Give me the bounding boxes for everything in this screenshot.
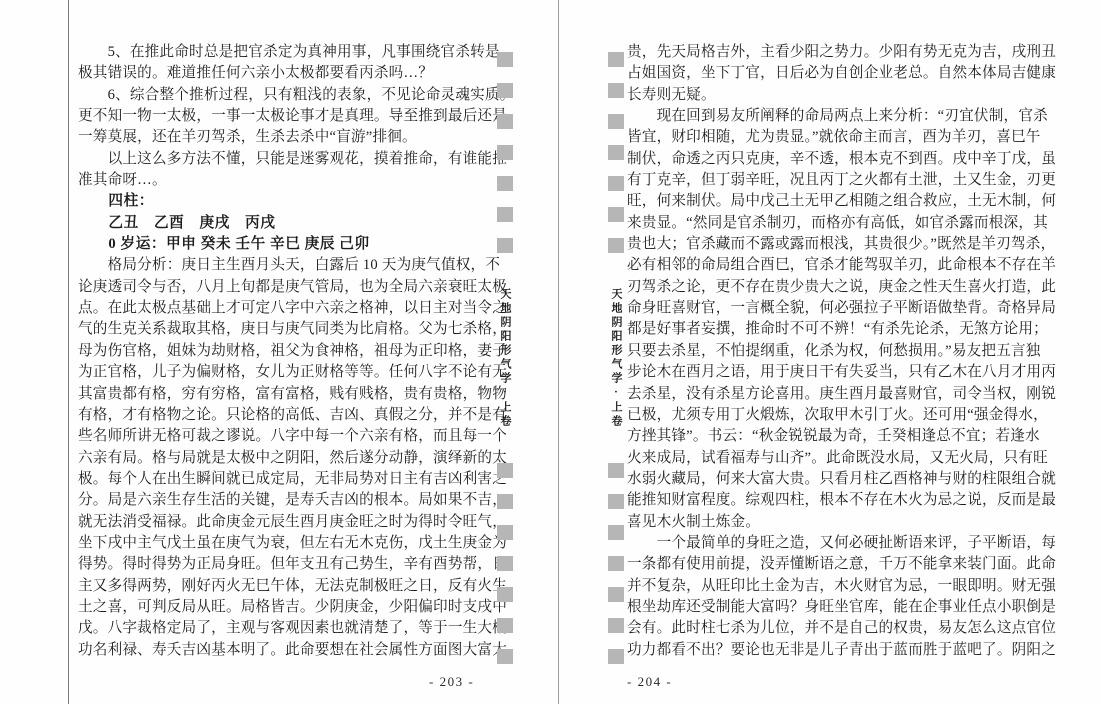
text-line: 气的生克关系裁取其格，庚日与庚气同类为比肩格。父为七杀格，: [78, 319, 524, 340]
margin-marker-square: [497, 556, 513, 571]
luck-cycle-line: 0 岁运：甲申 癸未 壬午 辛巳 庚辰 己卯: [78, 234, 524, 255]
text-line: 贵也大；官杀藏而不露或露而根浅，其贵很少。”既然是羊刃驾杀，: [627, 234, 1067, 255]
margin-marker-square: [497, 618, 513, 633]
margin-marker-square: [497, 176, 513, 191]
margin-book-title: 天地阴阳形气学·上卷: [608, 288, 624, 429]
page-203-text-block: 5、在推此命时总是把官杀定为真神用事，凡事围绕官杀转是 极其错误的。难道推任何六…: [78, 42, 524, 661]
text-line: 分。局是六亲生存生活的关键，是寿夭吉凶的根本。局如果不吉，: [78, 490, 524, 511]
text-line: 一个最简单的身旺之造，又何必硬扯断语来评，子平断语，每: [627, 533, 1067, 554]
text-line: 根坐劫库还受制能大富吗？身旺坐官库，能在企事业任点小职倒是: [627, 597, 1067, 618]
text-line: 一筹莫展，还在羊刃驾杀，生杀去杀中“盲游”排徊。: [78, 127, 524, 148]
margin-marker-square: [608, 83, 624, 98]
text-line: 长寿则无疑。: [627, 85, 1067, 106]
text-line: 功名利禄、寿夭吉凶基本明了。此命要想在社会属性方面图大富大: [78, 640, 524, 661]
text-line: 极。每个人在出生瞬间就已成定局，无非局势对日主有吉凶利害之: [78, 469, 524, 490]
text-line: 都是好事者妄撰，推命时不可不辨！“有杀先论杀，无煞方论用；: [627, 319, 1067, 340]
text-line: 能推知财富程度。综观四柱，根本不存在木火为忌之说，反而是最: [627, 490, 1067, 511]
marker-square-group: [608, 52, 624, 253]
text-line: 制伏，命透之丙只克庚，辛不透，根本克不到酉。戌中辛丁戊，虽: [627, 149, 1067, 170]
text-line: 准其命呀…。: [78, 170, 524, 191]
text-line: 方挫其锋”。书云：“秋金锐锐最为奇，壬癸相逢总不宜；若逢水: [627, 426, 1067, 447]
text-line: 5、在推此命时总是把官杀定为真神用事，凡事围绕官杀转是: [78, 42, 524, 63]
text-line: 刃驾杀之论，更不存在贵少贵大之说，庚金之性天生喜火打造，此: [627, 277, 1067, 298]
text-line: 一条都有使用前提，没弄懂断语之意，千万不能拿来装门面。此命: [627, 554, 1067, 575]
text-line: 会有。此时柱七杀为儿位，并不是自己的权贵，易友怎么这点官位: [627, 618, 1067, 639]
margin-strip-right: 天地阴阳形气学·上卷: [608, 0, 624, 704]
margin-marker-square: [608, 618, 624, 633]
page-number-204: - 204 -: [627, 674, 672, 690]
text-line: 来贵显。“然同是官杀制刃，而格亦有高低，如官杀露而根深，其: [627, 213, 1067, 234]
margin-marker-square: [497, 494, 513, 509]
text-line: 主又多得两势，刚好丙火无巳午体，无法克制极旺之日，反有火生: [78, 576, 524, 597]
margin-marker-square: [608, 145, 624, 160]
text-line: 点。在此太极点基础上才可定八字中六亲之格神，以日主对当令之: [78, 298, 524, 319]
text-line: 去杀星，没有杀星方论喜用。庚生酉月最喜财官，司令当权，刚锐: [627, 384, 1067, 405]
four-pillars-line: 乙丑 乙酉 庚戌 丙戌: [78, 213, 524, 234]
margin-marker-square: [608, 494, 624, 509]
text-line: 坐下戌中主气戊土虽在庚气为衰，但左右无木克伤，戊土生庚金为: [78, 533, 524, 554]
text-line: 更不知一物一太极，一事一太极论事才是真理。导至推到最后还是: [78, 106, 524, 127]
margin-marker-square: [608, 114, 624, 129]
margin-marker-square: [497, 649, 513, 664]
text-line: 得势。得时得势为正局身旺。但年支丑有己势生，辛有酉势帮，日: [78, 554, 524, 575]
text-line: 其富贵都有格，穷有穷格，富有富格，贱有贱格，贵有贵格，物物: [78, 384, 524, 405]
text-line: 些名师所讲无格可裁之谬说。八字中每一个六亲有格，而且每一个: [78, 426, 524, 447]
text-line: 旺，何来制伏。局中戊己土无甲乙相随之组合救应，土无木制，何: [627, 191, 1067, 212]
margin-marker-square: [608, 52, 624, 67]
page-204-text-block: 贵，先天局格吉外，主看少阳之势力。少阳有势无克为吉，戌刑丑 占姐国资，坐下丁官，…: [627, 42, 1067, 661]
text-line: 以上这么多方法不懂，只能是迷雾观花，摸着推命，有谁能推: [78, 149, 524, 170]
marker-square-group: [608, 463, 624, 664]
page-number-203: - 203 -: [429, 674, 474, 690]
margin-marker-square: [497, 238, 513, 253]
text-line: 火来成局，试看福寿与山齐”。此命既没水局，又无火局，只有旺: [627, 448, 1067, 469]
text-line: 命身旺喜财官，一言概全貌，何必强拉子平断语做垫背。奇格异局: [627, 298, 1067, 319]
margin-book-title: 天地阴阳形气学·上卷: [497, 288, 513, 429]
margin-strip-left: 天地阴阳形气学·上卷: [497, 0, 513, 704]
page-edge-line: [68, 0, 69, 704]
text-line: 已极，尤须专用丁火煅炼，次取甲木引丁火。还可用“强金得水，: [627, 405, 1067, 426]
text-line: 现在回到易友所阐释的命局两点上来分析：“刃宜伏制，官杀: [627, 106, 1067, 127]
margin-marker-square: [497, 114, 513, 129]
marker-square-group: [497, 52, 513, 253]
marker-square-group: [497, 463, 513, 664]
margin-marker-square: [497, 587, 513, 602]
text-line: 并不复杂，从旺印比土金为吉，木火财官为忌，一眼即明。财无强: [627, 576, 1067, 597]
margin-marker-square: [497, 52, 513, 67]
margin-marker-square: [497, 463, 513, 478]
margin-marker-square: [608, 649, 624, 664]
text-line: 就无法消受福禄。此命庚金元辰生酉月庚金旺之时为得时令旺气，: [78, 512, 524, 533]
margin-marker-square: [608, 176, 624, 191]
margin-marker-square: [608, 238, 624, 253]
margin-marker-square: [497, 83, 513, 98]
text-line: 有丁克辛，但丁弱辛旺，况且丙丁之火都有土泄，土又生金，刃更: [627, 170, 1067, 191]
text-line: 论庚透司令与否，八月上旬都是庚气管局，也为全局六亲衰旺太极: [78, 277, 524, 298]
margin-marker-square: [608, 556, 624, 571]
text-line: 有格，才有格物之论。只论格的高低、吉凶、真假之分，并不是有: [78, 405, 524, 426]
text-line: 必有相邻的命局组合酉巳，官杀才能驾驭羊刃，此命根本不存在羊: [627, 255, 1067, 276]
text-line: 极其错误的。难道推任何六亲小太极都要看丙杀吗…？: [78, 63, 524, 84]
text-line: 水弱火藏局，何来大富大贵。只看月柱乙酉格神与财的柱限组合就: [627, 469, 1067, 490]
text-line: 格局分析：庚日主生酉月头天，白露后 10 天为庚气值权，不: [78, 255, 524, 276]
text-line: 步论木在酉月之语，用于庚日干有失妥当，只有乙木在八月才用丙: [627, 362, 1067, 383]
text-line: 只要去杀星，不怕提纲重，化杀为权，何愁损用。”易友把五言独: [627, 341, 1067, 362]
margin-marker-square: [608, 587, 624, 602]
book-spread: 5、在推此命时总是把官杀定为真神用事，凡事围绕官杀转是 极其错误的。难道推任何六…: [0, 0, 1101, 704]
text-line: 占姐国资，坐下丁官，日后必为自创企业老总。自然本体局吉健康: [627, 63, 1067, 84]
text-line: 皆宜，财印相随，尤为贵显。”就依命主而言，酉为羊刃，喜巳午: [627, 127, 1067, 148]
text-line: 六亲有局。格与局就是太极中之阴阳，然后遂分动静，演绎新的太: [78, 448, 524, 469]
text-line: 喜见木火制土炼金。: [627, 512, 1067, 533]
margin-marker-square: [608, 525, 624, 540]
margin-marker-square: [608, 463, 624, 478]
margin-marker-square: [497, 207, 513, 222]
page-gutter-line: [558, 0, 559, 704]
margin-marker-square: [497, 525, 513, 540]
four-pillars-heading: 四柱：: [78, 191, 524, 212]
margin-marker-square: [497, 145, 513, 160]
text-line: 贵，先天局格吉外，主看少阳之势力。少阳有势无克为吉，戌刑丑: [627, 42, 1067, 63]
margin-marker-square: [608, 207, 624, 222]
text-line: 土之喜，可判反局从旺。局格皆吉。少阴庚金，少阳偏印时支戌中: [78, 597, 524, 618]
text-line: 功力都看不出？要论也无非是儿子青出于蓝而胜于蓝吧了。阴阳之: [627, 640, 1067, 661]
text-line: 母为伤官格，姐妹为劫财格，祖父为食神格，祖母为正印格，妻子: [78, 341, 524, 362]
text-line: 为正官格，儿子为偏财格，女儿为正财格等等。任何八字不论有无: [78, 362, 524, 383]
text-line: 戊。八字裁格定局了，主观与客观因素也就清楚了，等于一生大概: [78, 618, 524, 639]
text-line: 6、综合整个推析过程，只有粗浅的表象，不见论命灵魂实质。: [78, 85, 524, 106]
